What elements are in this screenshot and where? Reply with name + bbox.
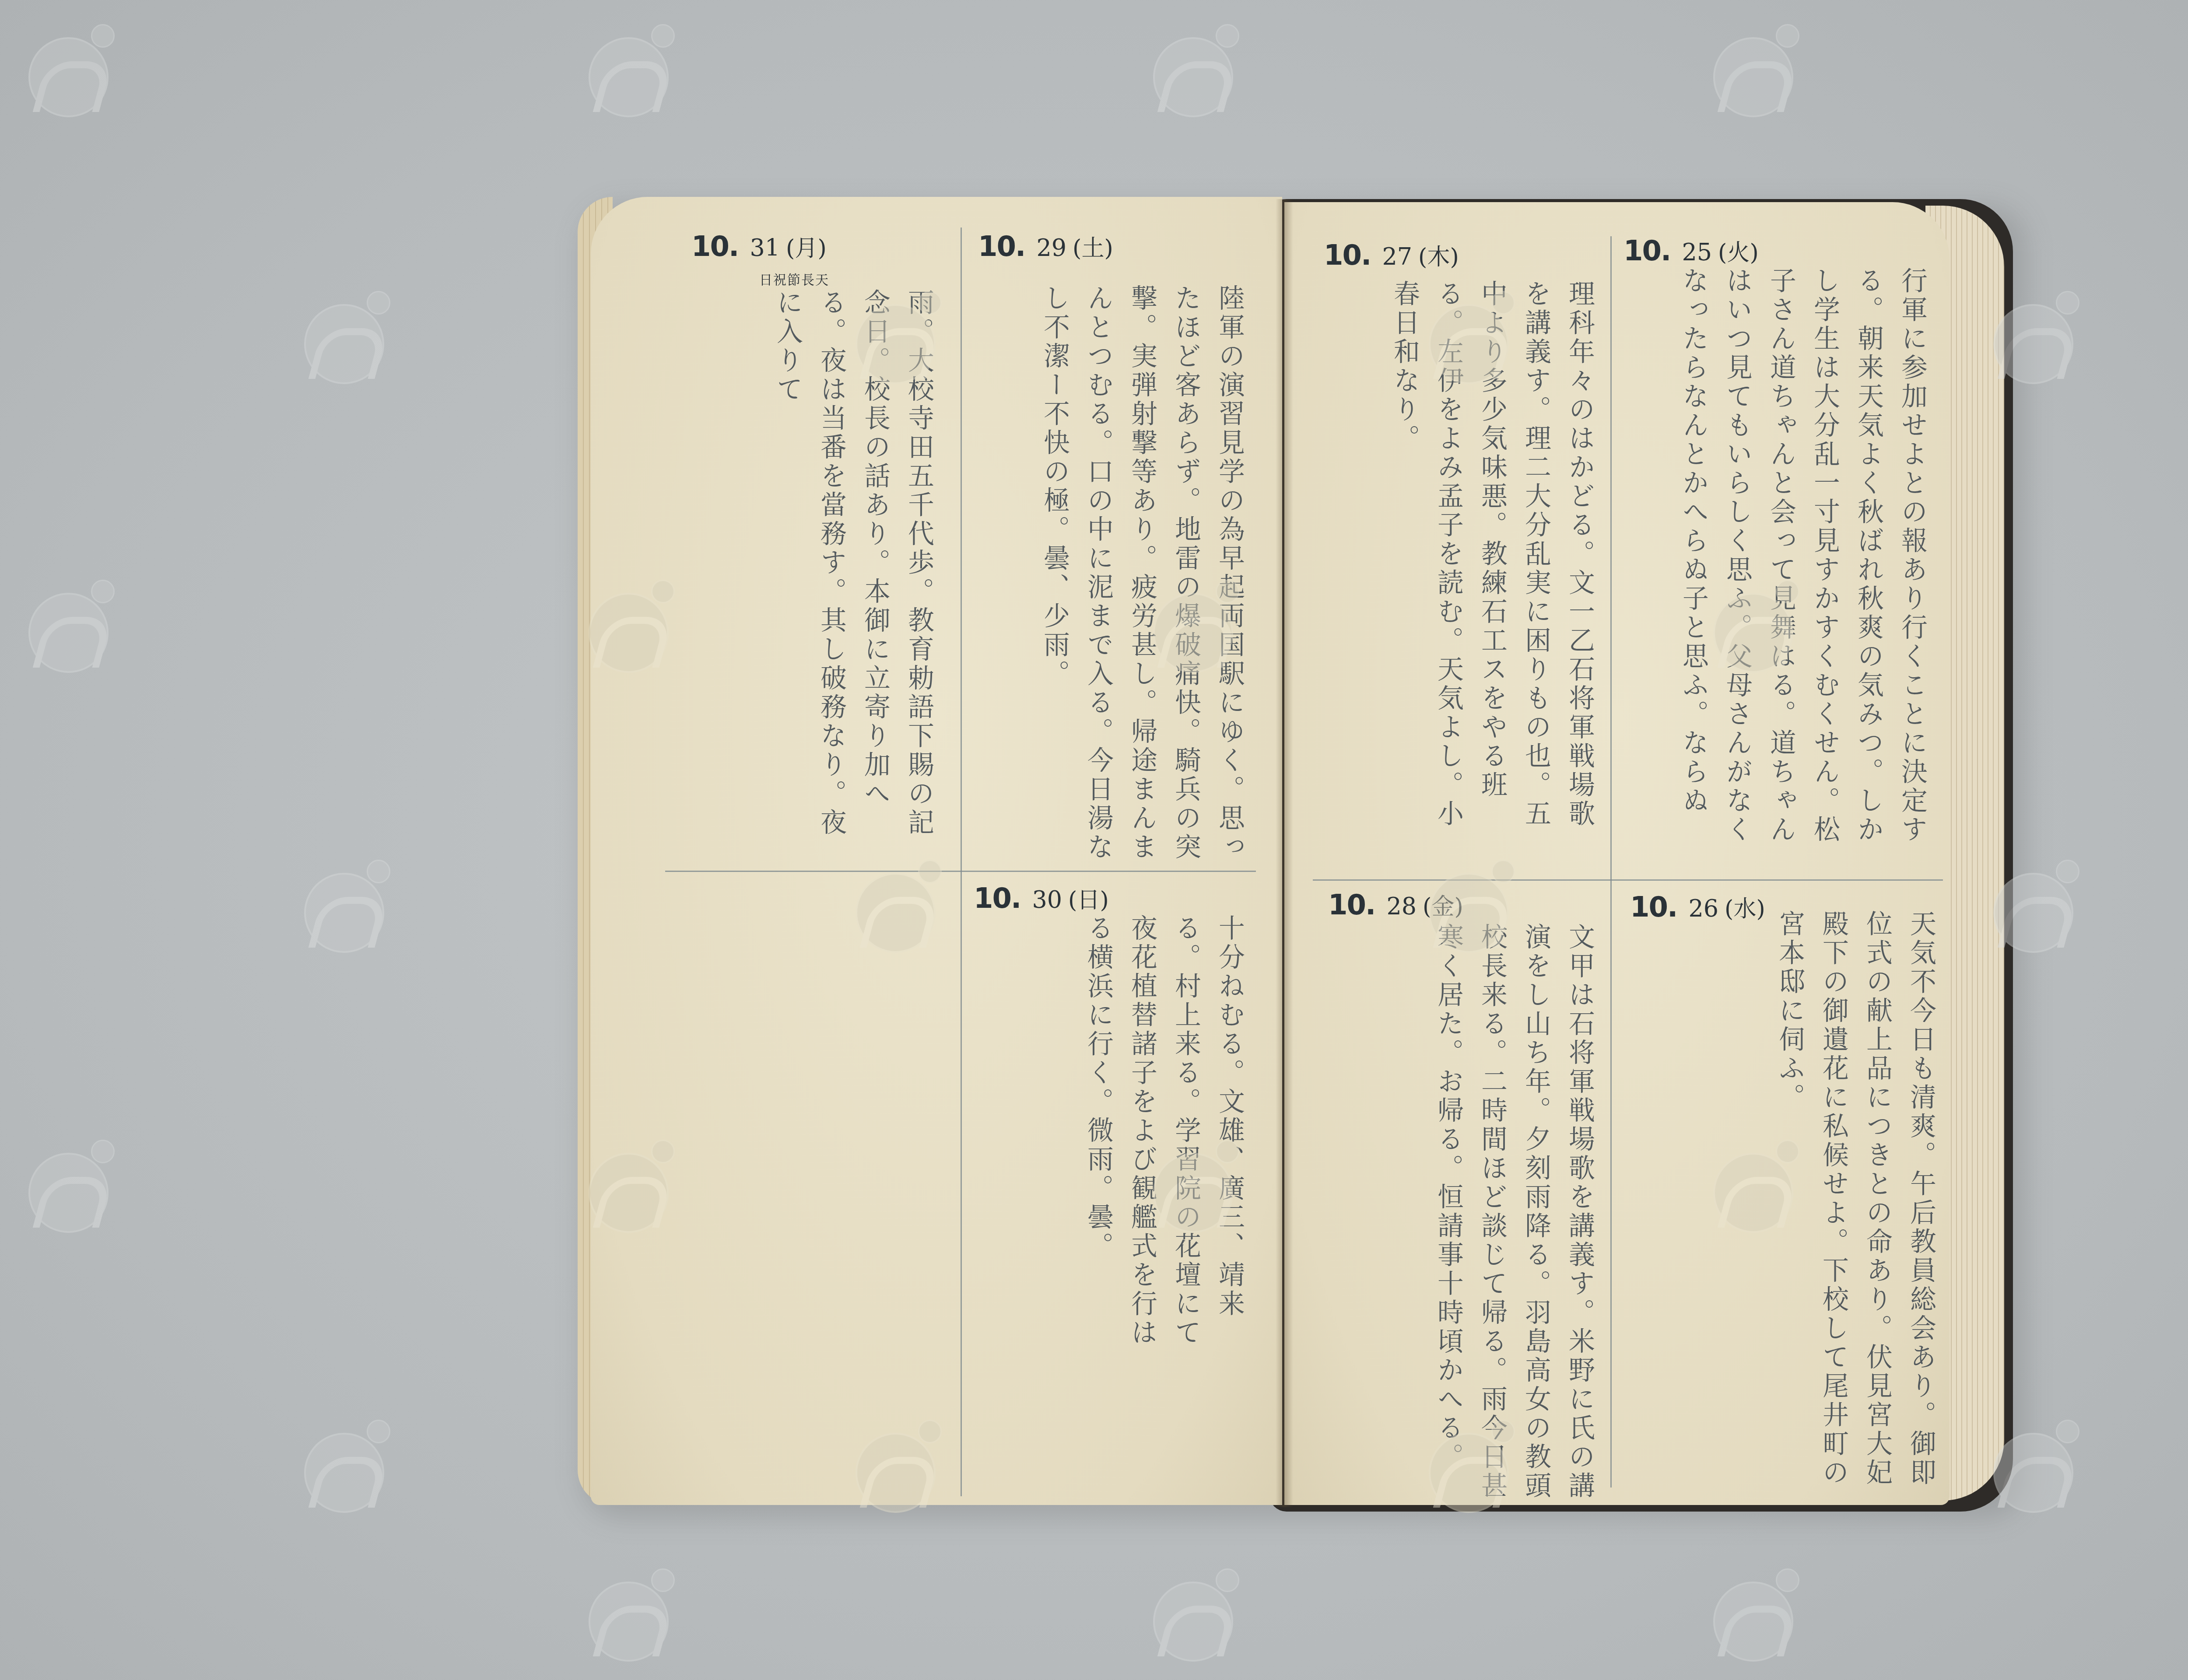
watermark-logo [13, 569, 114, 669]
watermark-logo [1978, 280, 2079, 381]
printed-holiday-note: 日祝節長天 [759, 269, 829, 288]
date-month: 10. [978, 231, 1025, 263]
date-weekday: (水) [1725, 896, 1765, 922]
divider-left-vertical [961, 227, 962, 1496]
date-day: 27 [1382, 243, 1412, 270]
date-weekday: (月) [786, 235, 827, 262]
divider-right-horizontal [1313, 879, 1943, 881]
date-month: 10. [691, 231, 738, 263]
date-day: 29 [1036, 234, 1066, 262]
watermark-logo [840, 849, 941, 949]
book-gutter [1276, 199, 1293, 1507]
watermark-logo [1698, 1129, 1799, 1229]
date-day: 31 [750, 234, 780, 262]
date-header-oct29: 10.29(土) [978, 230, 1113, 263]
watermark-logo [289, 849, 389, 949]
date-month: 10. [1328, 889, 1375, 921]
watermark-logo [1698, 1557, 1799, 1658]
watermark-logo [289, 280, 389, 381]
date-header-oct25: 10.25(火) [1623, 234, 1759, 267]
date-header-oct27: 10.27(木) [1324, 238, 1459, 272]
date-header-oct26: 10.26(水) [1630, 890, 1765, 924]
watermark-logo [573, 1129, 674, 1229]
date-day: 25 [1682, 238, 1712, 266]
watermark-logo [573, 569, 674, 669]
watermark-logo [1138, 1129, 1238, 1229]
watermark-logo [289, 1409, 389, 1509]
date-month: 10. [1324, 239, 1371, 272]
date-day: 26 [1688, 895, 1718, 922]
watermark-logo [13, 1129, 114, 1229]
date-header-oct30: 10.30(日) [974, 882, 1109, 915]
watermark-logo [1138, 1557, 1238, 1658]
date-month: 10. [1623, 235, 1670, 267]
watermark-logo [840, 280, 941, 381]
date-day: 30 [1032, 886, 1062, 913]
watermark-logo [1138, 13, 1238, 114]
date-month: 10. [1630, 891, 1677, 924]
watermark-logo [1978, 1409, 2079, 1509]
date-month: 10. [974, 882, 1020, 915]
watermark-logo [1413, 280, 1514, 381]
date-weekday: (木) [1418, 244, 1459, 270]
date-weekday: (土) [1073, 235, 1113, 262]
divider-left-horizontal [665, 871, 1256, 872]
watermark-logo [840, 1409, 941, 1509]
date-weekday: (火) [1718, 240, 1759, 266]
watermark-logo [1413, 1409, 1514, 1509]
date-weekday: (日) [1068, 887, 1109, 913]
watermark-logo [573, 1557, 674, 1658]
diary-entry-oct26: 天気不今日も清爽。午后教員総会あり。御即位式の献上品につきとの命あり。伏見宮大妃… [1785, 910, 1943, 1492]
watermark-logo [1698, 569, 1799, 669]
watermark-logo [1698, 13, 1799, 114]
watermark-logo [13, 13, 114, 114]
watermark-logo [1413, 849, 1514, 949]
watermark-logo [1978, 849, 2079, 949]
date-day: 28 [1386, 892, 1417, 920]
date-header-oct31: 10.31(月) [691, 230, 827, 263]
watermark-logo [1138, 569, 1238, 669]
watermark-logo [573, 13, 674, 114]
divider-right-vertical [1610, 236, 1612, 1487]
